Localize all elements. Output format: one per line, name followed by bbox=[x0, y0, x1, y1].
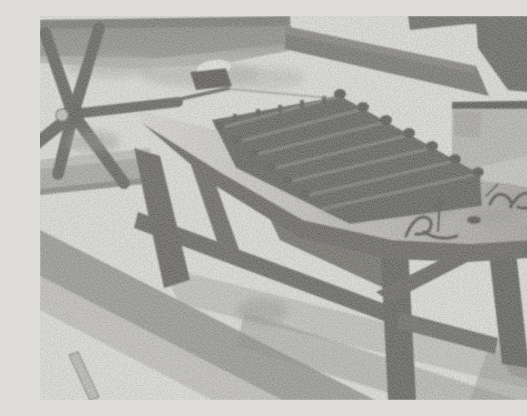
photograph: Old wooden bench with a six-spoke windin… bbox=[40, 16, 527, 400]
grain-light-overlay bbox=[40, 16, 527, 400]
photo-canvas: Old wooden bench with a six-spoke windin… bbox=[40, 16, 527, 400]
